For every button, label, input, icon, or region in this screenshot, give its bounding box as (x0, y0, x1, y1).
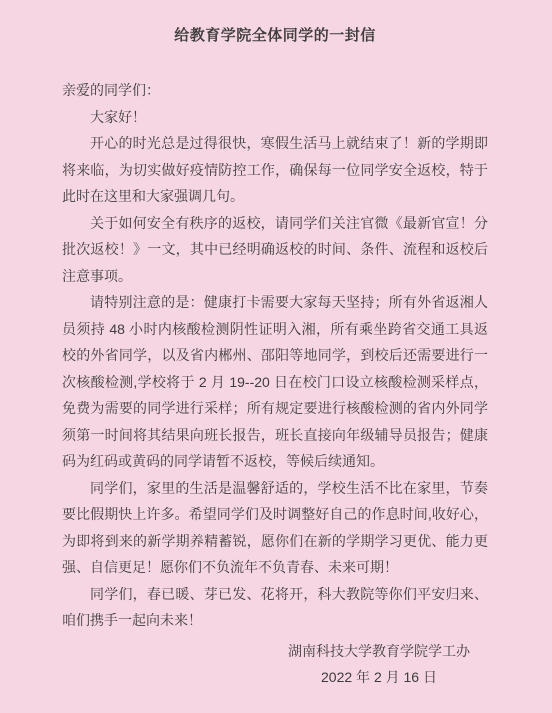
letter-salutation: 亲爱的同学们： (62, 77, 488, 104)
letter-signoff-block: 湖南科技大学教育学院学工办 2022 年 2 月 16 日 (288, 638, 470, 691)
letter-signoff: 湖南科技大学教育学院学工办 2022 年 2 月 16 日 (62, 638, 488, 691)
letter-date: 2022 年 2 月 16 日 (288, 664, 470, 691)
letter-body: 亲爱的同学们： 大家好！ 开心的时光总是过得很快，寒假生活马上就结束了！新的学期… (62, 77, 488, 691)
letter-paragraph-welcome-back: 同学们，春已暖、芽已发、花将开，科大教院等你们平安归来、咱们携手一起向未来！ (62, 581, 488, 634)
letter-paragraph-covid-rules: 请特别注意的是：健康打卡需要大家每天坚持；所有外省返湘人员须持 48 小时内核酸… (62, 289, 488, 475)
letter-title: 给教育学院全体同学的一封信 (62, 25, 488, 47)
letter-page: 给教育学院全体同学的一封信 亲爱的同学们： 大家好！ 开心的时光总是过得很快，寒… (0, 0, 552, 713)
letter-paragraph-greeting: 大家好！ (62, 104, 488, 131)
letter-paragraph-semester-intro: 开心的时光总是过得很快，寒假生活马上就结束了！新的学期即将来临，为切实做好疫情防… (62, 130, 488, 210)
letter-signature: 湖南科技大学教育学院学工办 (288, 638, 470, 665)
letter-paragraph-adjust-routine: 同学们，家里的生活是温馨舒适的，学校生活不比在家里，节奏要比假期快上许多。希望同… (62, 475, 488, 581)
letter-paragraph-official-notice: 关于如何安全有秩序的返校，请同学们关注官微《最新官宣！分批次返校！》一文，其中已… (62, 210, 488, 290)
